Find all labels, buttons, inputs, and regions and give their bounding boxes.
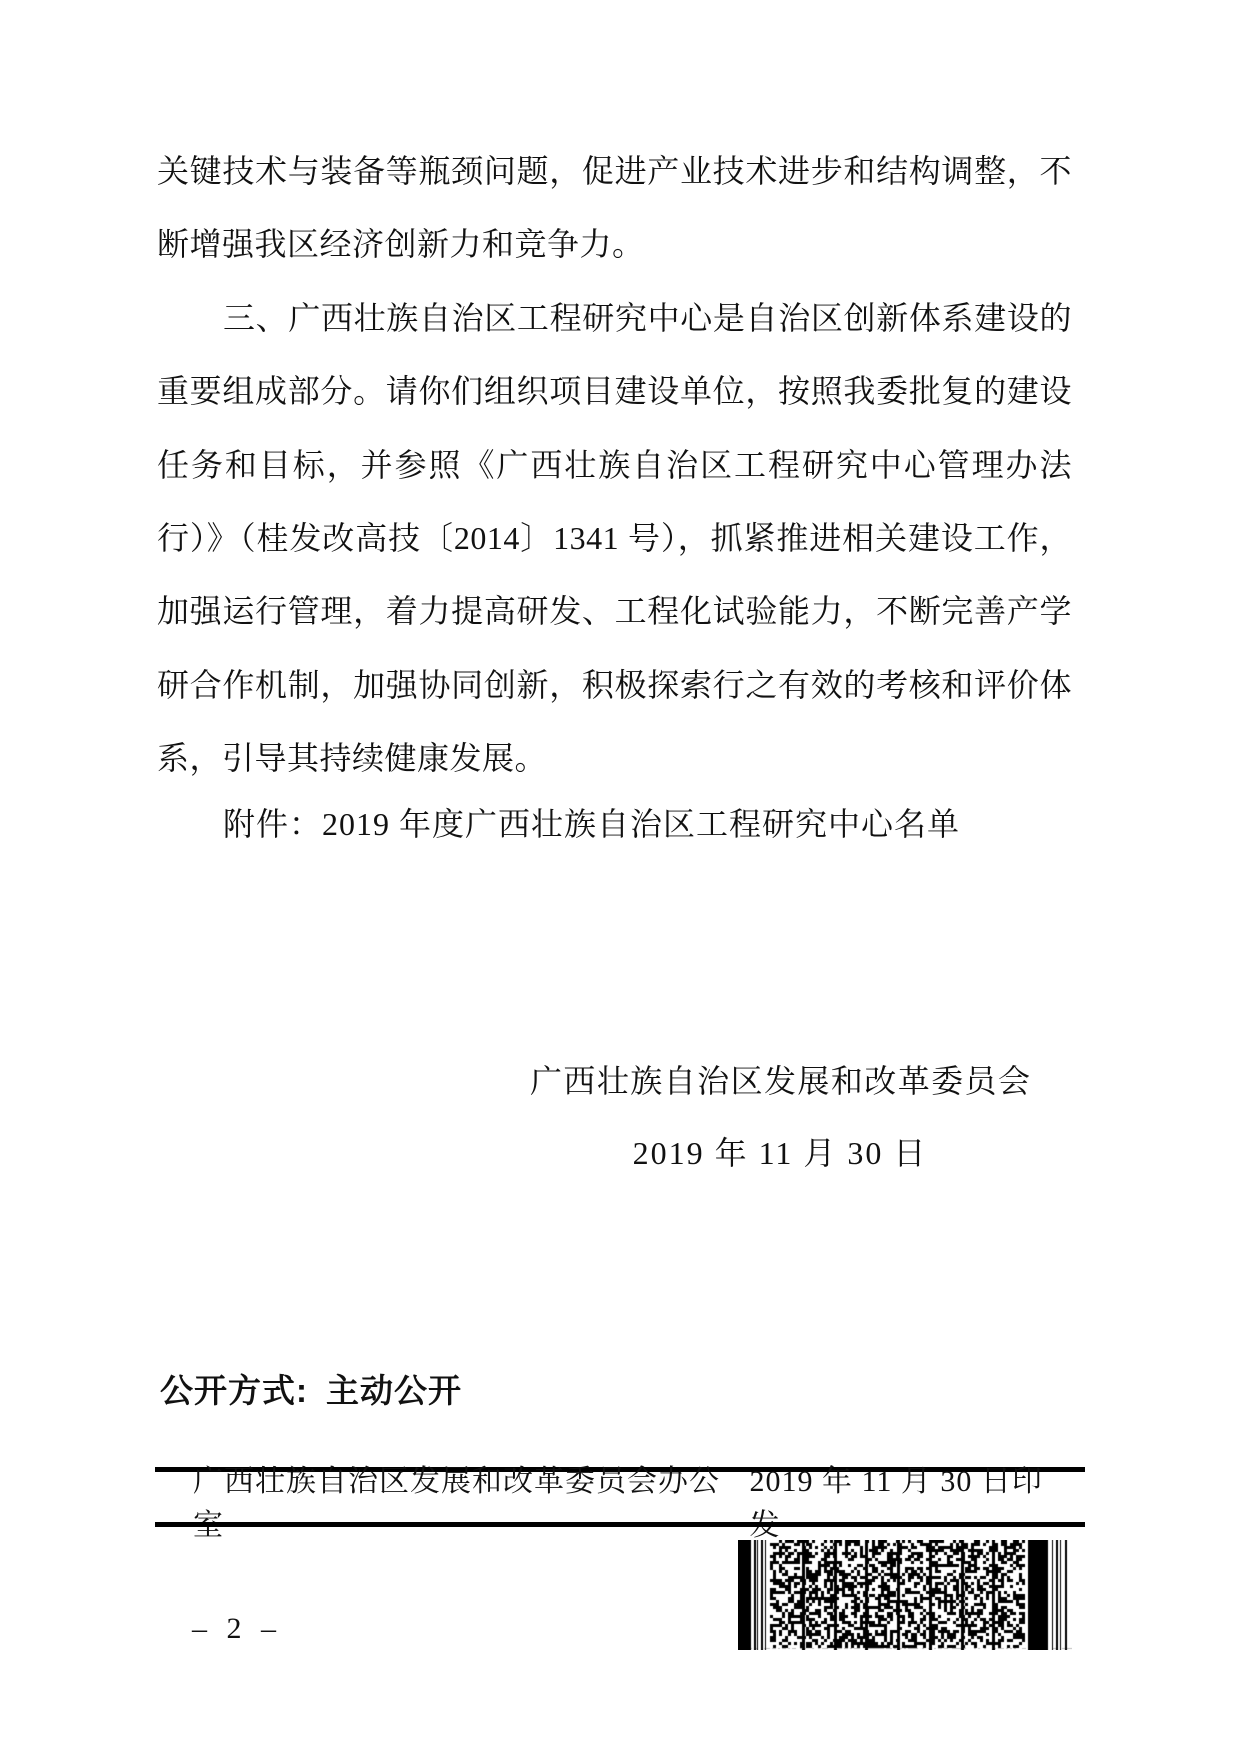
disclosure-line: 公开方式:主动公开 xyxy=(160,1370,462,1412)
barcode-2d xyxy=(738,1540,1072,1650)
attachment-line: 附件：2019 年度广西壮族自治区工程研究中心名单 xyxy=(223,802,960,846)
signature-organization: 广西壮族自治区发展和改革委员会 xyxy=(530,1058,1030,1104)
footer-print-date: 2019 年 11 月 30 日印发 xyxy=(749,1456,1073,1544)
footer-row: 广西壮族自治区发展和改革委员会办公室 2019 年 11 月 30 日印发 xyxy=(155,1478,1085,1522)
body-line: 研合作机制，加强协同创新，积极探索行之有效的考核和评价体 xyxy=(157,649,1072,722)
disclosure-label: 公开方式: xyxy=(160,1372,308,1409)
body-line: 重要组成部分。请你们组织项目建设单位，按照我委批复的建设 xyxy=(157,355,1072,428)
body-line: 加强运行管理，着力提高研发、工程化试验能力，不断完善产学 xyxy=(157,575,1072,648)
body-line: 任务和目标，并参照《广西壮族自治区工程研究中心管理办法（试 xyxy=(157,429,1072,502)
body-line: 断增强我区经济创新力和竞争力。 xyxy=(157,208,1072,281)
body-line: 三、广西壮族自治区工程研究中心是自治区创新体系建设的 xyxy=(157,282,1072,355)
footer-rule-bottom xyxy=(155,1522,1085,1527)
document-page: 关键技术与装备等瓶颈问题，促进产业技术进步和结构调整，不 断增强我区经济创新力和… xyxy=(0,0,1241,1754)
body-line: 行）》（桂发改高技〔2014〕1341 号），抓紧推进相关建设工作， xyxy=(157,502,1072,575)
disclosure-value: 主动公开 xyxy=(326,1372,462,1409)
body-line: 关键技术与装备等瓶颈问题，促进产业技术进步和结构调整，不 xyxy=(157,135,1072,208)
page-number: – 2 – xyxy=(192,1612,282,1646)
footer-office: 广西壮族自治区发展和改革委员会办公室 xyxy=(193,1456,749,1544)
signature-date: 2019 年 11 月 30 日 xyxy=(530,1130,1030,1176)
body-paragraphs: 关键技术与装备等瓶颈问题，促进产业技术进步和结构调整，不 断增强我区经济创新力和… xyxy=(157,135,1072,796)
body-line: 系，引导其持续健康发展。 xyxy=(157,722,1072,795)
